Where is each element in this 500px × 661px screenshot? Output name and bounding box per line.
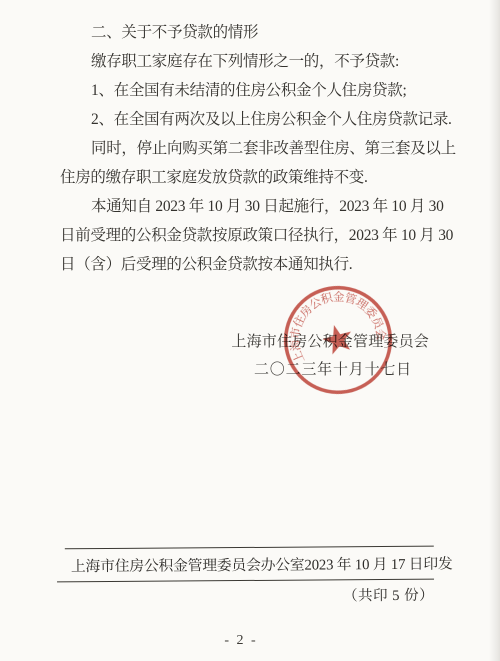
section-heading: 二、关于不予贷款的情形 [60,18,444,47]
footer-issue-date: 2023 年 10 月 17 日印发 [304,553,452,575]
page-number: - 2 - [0,633,482,649]
signature-date: 二〇二三年十月十七日 [0,357,500,385]
footer-copies: （共印 5 份） [57,584,434,608]
body-line-item-1: 1、在全国有未结清的住房公积金个人住房贷款; [60,76,444,105]
signature-org: 上海市住房公积金管理委员会 [0,329,500,357]
body-line: 住房的缴存职工家庭发放贷款的政策维持不变. [60,163,444,192]
notice-body: 二、关于不予贷款的情形 缴存职工家庭存在下列情形之一的，不予贷款: 1、在全国有… [60,18,444,279]
official-seal: 上海市住房公积金管理委员会 [267,269,409,411]
footer-block: 上海市住房公积金管理委员会办公室 2023 年 10 月 17 日印发 （共印 … [57,546,434,608]
body-line: 缴存职工家庭存在下列情形之一的，不予贷款: [60,47,444,76]
scanned-notice-page: 二、关于不予贷款的情形 缴存职工家庭存在下列情形之一的，不予贷款: 1、在全国有… [0,0,500,661]
star-icon [320,321,356,356]
body-line: 本通知自 2023 年 10 月 30 日起施行，2023 年 10 月 30 [60,192,444,221]
footer-row: 上海市住房公积金管理委员会办公室 2023 年 10 月 17 日印发 [57,547,434,582]
seal-graphic: 上海市住房公积金管理委员会 [267,269,409,411]
body-line: 日（含）后受理的公积金贷款按本通知执行. [60,250,444,279]
body-line: 同时，停止向购买第二套非改善型住房、第三套及以上 [60,134,444,163]
signature-block: 上海市住房公积金管理委员会 二〇二三年十月十七日 [0,329,500,384]
body-line-item-2: 2、在全国有两次及以上住房公积金个人住房贷款记录. [60,105,444,134]
body-line: 日前受理的公积金贷款按原政策口径执行，2023 年 10 月 30 [60,221,444,250]
footer-office: 上海市住房公积金管理委员会办公室 [71,554,305,577]
